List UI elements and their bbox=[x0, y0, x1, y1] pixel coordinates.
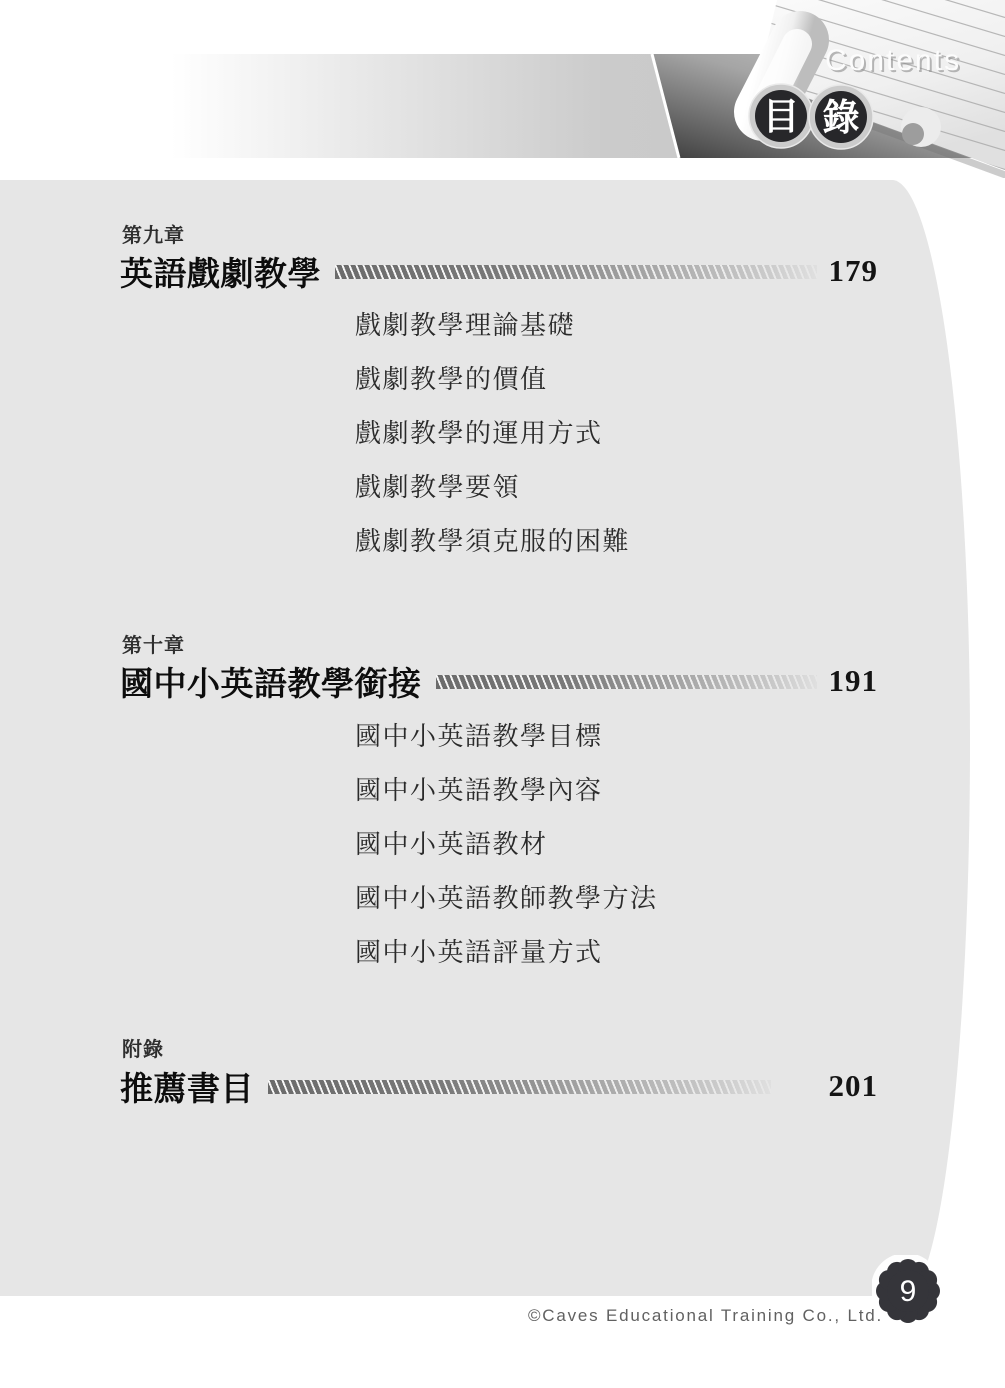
chapter-label: 附錄 bbox=[122, 1038, 164, 1062]
copyright-text: ©Caves Educational Training Co., Ltd. bbox=[528, 1306, 883, 1326]
chapter-page-number: 201 bbox=[829, 1068, 879, 1104]
chapter-title: 國中小英語教學銜接 bbox=[120, 658, 422, 705]
header-illustration: Contents Contents 目 錄 bbox=[0, 0, 1005, 178]
badge-char-second: 錄 bbox=[823, 97, 860, 138]
leader-line bbox=[268, 1080, 771, 1094]
toc-item: 戲劇教學理論基礎 bbox=[355, 298, 630, 352]
mulu-badge-first-icon: 目 bbox=[749, 84, 813, 148]
chapter-label: 第九章 bbox=[122, 224, 185, 248]
chapter-title: 推薦書目 bbox=[120, 1063, 254, 1110]
toc-item: 國中小英語教師教學方法 bbox=[355, 871, 658, 925]
toc-item: 戲劇教學須克服的困難 bbox=[355, 514, 630, 568]
toc-item: 國中小英語教學目標 bbox=[355, 709, 658, 763]
toc-item: 國中小英語教學內容 bbox=[355, 763, 658, 817]
leader-line bbox=[436, 675, 817, 689]
toc-item-list: 戲劇教學理論基礎 戲劇教學的價值 戲劇教學的運用方式 戲劇教學要領 戲劇教學須克… bbox=[355, 298, 630, 568]
chapter-page-number: 179 bbox=[829, 253, 879, 289]
toc-page: Contents Contents 目 錄 第九章 英語戲劇教學 179 戲劇教… bbox=[0, 0, 1005, 1388]
page-number: 9 bbox=[900, 1275, 917, 1308]
badge-char-first: 目 bbox=[763, 96, 800, 137]
mulu-badge-second-icon: 錄 bbox=[809, 85, 873, 149]
page-number-flower-icon: 9 bbox=[872, 1255, 944, 1327]
content-panel: 第九章 英語戲劇教學 179 戲劇教學理論基礎 戲劇教學的價值 戲劇教學的運用方… bbox=[0, 180, 970, 1296]
chapter-label: 第十章 bbox=[122, 634, 185, 658]
contents-label: Contents bbox=[825, 44, 961, 77]
toc-item: 國中小英語評量方式 bbox=[355, 925, 658, 979]
toc-item: 戲劇教學的價值 bbox=[355, 352, 630, 406]
chapter-title-row: 推薦書目 201 bbox=[120, 1066, 878, 1106]
toc-item: 戲劇教學的運用方式 bbox=[355, 406, 630, 460]
chapter-title-row: 國中小英語教學銜接 191 bbox=[120, 661, 878, 701]
toc-item: 國中小英語教材 bbox=[355, 817, 658, 871]
chapter-title: 英語戲劇教學 bbox=[120, 248, 321, 295]
leader-line bbox=[335, 265, 817, 279]
chapter-title-row: 英語戲劇教學 179 bbox=[120, 251, 878, 291]
toc-item-list: 國中小英語教學目標 國中小英語教學內容 國中小英語教材 國中小英語教師教學方法 … bbox=[355, 709, 658, 979]
chapter-page-number: 191 bbox=[829, 663, 879, 699]
toc-item: 戲劇教學要領 bbox=[355, 460, 630, 514]
